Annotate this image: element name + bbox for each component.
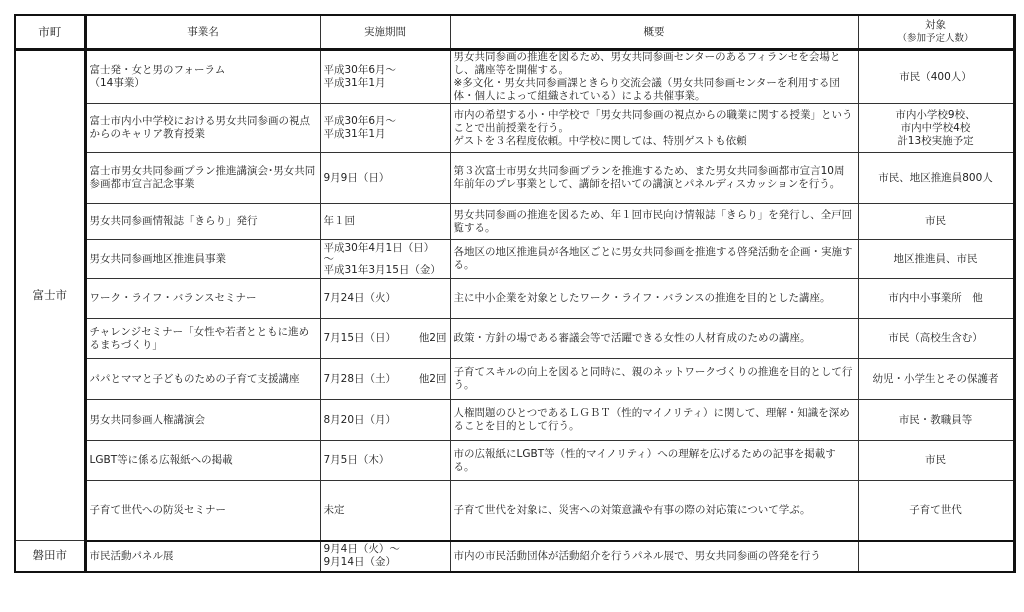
event-period: 7月5日（木） xyxy=(320,441,450,481)
event-name: 富士市男女共同参画プラン推進講演会･男女共同参画都市宣言記念事業 xyxy=(85,153,320,204)
event-target: 市民（高校生含む） xyxy=(858,319,1014,359)
event-name: 子育て世代への防災セミナー xyxy=(85,481,320,541)
events-table: 市町 事業名 実施期間 概要 対象 （参加予定人数） 富士市 富士発・女と男のフ… xyxy=(14,14,1016,573)
event-target: 子育て世代 xyxy=(858,481,1014,541)
header-name: 事業名 xyxy=(85,15,320,50)
event-period: 平成30年6月～ 平成31年1月 xyxy=(320,104,450,153)
event-target: 市民、地区推進員800人 xyxy=(858,153,1014,204)
header-target-label: 対象 xyxy=(925,19,946,31)
event-summary: 人権問題のひとつであるＬＧＢＴ（性的マイノリティ）に関して、理解・知識を深めるこ… xyxy=(450,400,858,441)
event-name: 男女共同参画情報誌「きらり」発行 xyxy=(85,204,320,240)
header-target: 対象 （参加予定人数） xyxy=(858,15,1014,50)
event-period: 8月20日（月） xyxy=(320,400,450,441)
event-summary: 各地区の地区推進員が各地区ごとに男女共同参画を推進する啓発活動を企画・実施する。 xyxy=(450,240,858,279)
event-name: 男女共同参画人権講演会 xyxy=(85,400,320,441)
event-period-extra: 他2回 xyxy=(419,373,447,386)
event-period: 7月28日（土） xyxy=(324,373,397,386)
table-row: LGBT等に係る広報紙への掲載 7月5日（木） 市の広報紙にLGBT等（性的マイ… xyxy=(15,441,1014,481)
event-summary: 子育てスキルの向上を図ると同時に、親のネットワークづくりの推進を目的として行う。 xyxy=(450,359,858,400)
header-row: 市町 事業名 実施期間 概要 対象 （参加予定人数） xyxy=(15,15,1014,50)
table-row: ワーク・ライフ・バランスセミナー 7月24日（火） 主に中小企業を対象としたワー… xyxy=(15,279,1014,319)
event-target: 市民 xyxy=(858,441,1014,481)
event-name: 富士市内小中学校における男女共同参画の視点からのキャリア教育授業 xyxy=(85,104,320,153)
event-target: 市民 xyxy=(858,204,1014,240)
header-target-sub: （参加予定人数） xyxy=(862,32,1010,45)
event-summary: 子育て世代を対象に、災害への対策意識や有事の際の対応策について学ぶ。 xyxy=(450,481,858,541)
table-row: チャレンジセミナー「女性や若者とともに進めるまちづくり」 7月15日（日） 他2… xyxy=(15,319,1014,359)
event-period-cell: 7月15日（日） 他2回 xyxy=(320,319,450,359)
event-name: 富士発・女と男のフォーラム （14事業） xyxy=(85,50,320,104)
event-target: 地区推進員、市民 xyxy=(858,240,1014,279)
event-target xyxy=(858,541,1014,572)
table-row: パパとママと子どものための子育て支援講座 7月28日（土） 他2回 子育てスキル… xyxy=(15,359,1014,400)
event-summary: 市内の市民活動団体が活動紹介を行うパネル展で、男女共同参画の啓発を行う xyxy=(450,541,858,572)
event-target: 市民・教職員等 xyxy=(858,400,1014,441)
event-summary: 政策・方針の場である審議会等で活躍できる女性の人材育成のための講座。 xyxy=(450,319,858,359)
event-period: 9月4日（火）～ 9月14日（金） xyxy=(320,541,450,572)
event-period-extra: 他2回 xyxy=(419,332,447,345)
event-summary: 男女共同参画の推進を図るため、年１回市民向け情報誌「きらり」を発行し、全戸回覧す… xyxy=(450,204,858,240)
event-period: 平成30年4月1日（日） ～ 平成31年3月15日（金） xyxy=(320,240,450,279)
header-period: 実施期間 xyxy=(320,15,450,50)
header-summary: 概要 xyxy=(450,15,858,50)
event-name: LGBT等に係る広報紙への掲載 xyxy=(85,441,320,481)
event-target: 市内小学校9校、 市内中学校4校 計13校実施予定 xyxy=(858,104,1014,153)
table-row: 男女共同参画情報誌「きらり」発行 年１回 男女共同参画の推進を図るため、年１回市… xyxy=(15,204,1014,240)
event-name: パパとママと子どものための子育て支援講座 xyxy=(85,359,320,400)
table-row: 富士市内小中学校における男女共同参画の視点からのキャリア教育授業 平成30年6月… xyxy=(15,104,1014,153)
table-row: 男女共同参画地区推進員事業 平成30年4月1日（日） ～ 平成31年3月15日（… xyxy=(15,240,1014,279)
event-target: 市内中小事業所 他 xyxy=(858,279,1014,319)
table-row: 磐田市 市民活動パネル展 9月4日（火）～ 9月14日（金） 市内の市民活動団体… xyxy=(15,541,1014,572)
header-city: 市町 xyxy=(15,15,85,50)
event-period-cell: 7月28日（土） 他2回 xyxy=(320,359,450,400)
event-period: 7月15日（日） xyxy=(324,332,397,345)
event-name: チャレンジセミナー「女性や若者とともに進めるまちづくり」 xyxy=(85,319,320,359)
event-name: 市民活動パネル展 xyxy=(85,541,320,572)
city-cell-iwata: 磐田市 xyxy=(15,541,85,572)
table-row: 富士市 富士発・女と男のフォーラム （14事業） 平成30年6月～ 平成31年1… xyxy=(15,50,1014,104)
event-period: 年１回 xyxy=(320,204,450,240)
event-period: 平成30年6月～ 平成31年1月 xyxy=(320,50,450,104)
event-target: 市民（400人） xyxy=(858,50,1014,104)
table-row: 子育て世代への防災セミナー 未定 子育て世代を対象に、災害への対策意識や有事の際… xyxy=(15,481,1014,541)
event-name: 男女共同参画地区推進員事業 xyxy=(85,240,320,279)
event-period: 7月24日（火） xyxy=(320,279,450,319)
event-summary: 市の広報紙にLGBT等（性的マイノリティ）への理解を広げるための記事を掲載する。 xyxy=(450,441,858,481)
event-summary: 第３次富士市男女共同参画プランを推進するため、また男女共同参画都市宣言10周年前… xyxy=(450,153,858,204)
event-summary: 主に中小企業を対象としたワーク・ライフ・バランスの推進を目的とした講座。 xyxy=(450,279,858,319)
table-row: 男女共同参画人権講演会 8月20日（月） 人権問題のひとつであるＬＧＢＴ（性的マ… xyxy=(15,400,1014,441)
table-row: 富士市男女共同参画プラン推進講演会･男女共同参画都市宣言記念事業 9月9日（日）… xyxy=(15,153,1014,204)
event-period: 9月9日（日） xyxy=(320,153,450,204)
event-name: ワーク・ライフ・バランスセミナー xyxy=(85,279,320,319)
event-summary: 男女共同参画の推進を図るため、男女共同参画センターのあるフィランセを会場とし、講… xyxy=(450,50,858,104)
event-summary: 市内の希望する小・中学校で「男女共同参画の視点からの職業に関する授業」ということ… xyxy=(450,104,858,153)
event-period: 未定 xyxy=(320,481,450,541)
event-target: 幼児・小学生とその保護者 xyxy=(858,359,1014,400)
city-cell-fuji: 富士市 xyxy=(15,50,85,541)
